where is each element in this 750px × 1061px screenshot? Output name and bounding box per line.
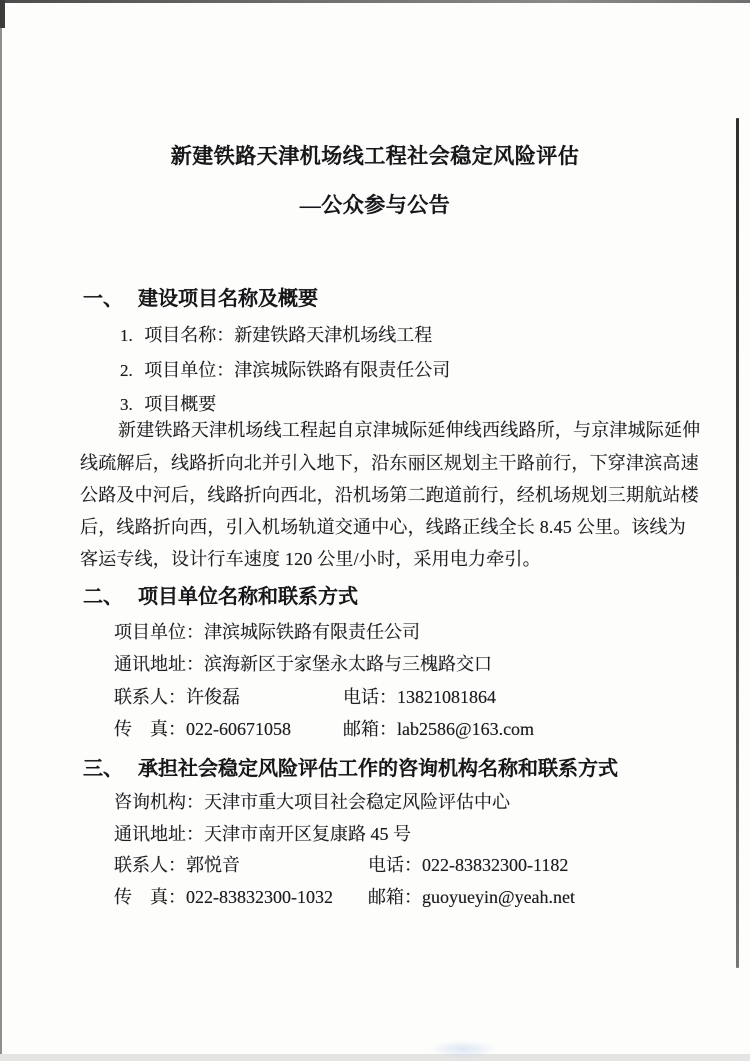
section3-heading: 三、 承担社会稳定风险评估工作的咨询机构名称和联系方式 <box>83 756 723 782</box>
row-left: 通讯地址：滨海新区于家堡永太路与三槐路交口 <box>114 654 492 674</box>
row-left: 咨询机构：天津市重大项目社会稳定风险评估中心 <box>114 792 510 812</box>
row-left: 联系人：许俊磊 <box>114 687 240 707</box>
section3-heading-text: 承担社会稳定风险评估工作的咨询机构名称和联系方式 <box>138 756 618 782</box>
summary-paragraph-line: 线疏解后，线路折向北并引入地下，沿东丽区规划主干路前行，下穿津滨高速 <box>80 450 698 476</box>
section2-row-contact-phone: 联系人：许俊磊 电话：13821081864 <box>114 684 714 710</box>
item-number: 1. <box>120 323 133 349</box>
section2-row-address: 通讯地址：滨海新区于家堡永太路与三槐路交口 <box>114 651 714 677</box>
section2-heading-text: 项目单位名称和联系方式 <box>138 584 358 610</box>
scan-smudge <box>428 1040 498 1058</box>
item-text: 项目单位：津滨城际铁路有限责任公司 <box>144 357 450 383</box>
scan-edge-top <box>0 0 750 3</box>
section2-heading: 二、 项目单位名称和联系方式 <box>83 584 723 610</box>
section1-item-project-name: 1. 项目名称：新建铁路天津机场线工程 <box>120 322 700 349</box>
section3-row-contact-phone: 联系人：郭悦音 电话：022-83832300-1182 <box>114 852 714 878</box>
summary-paragraph-line: 公路及中河后，线路折向西北，沿机场第二跑道前行，经机场规划三期航站楼 <box>80 482 698 508</box>
item-text: 项目概要 <box>144 391 216 417</box>
section1-number: 一、 <box>83 286 123 312</box>
section1-heading: 一、 建设项目名称及概要 <box>83 286 723 312</box>
row-left: 通讯地址：天津市南开区复康路 45 号 <box>114 824 411 844</box>
item-number: 3. <box>120 392 133 418</box>
row-right: 电话：022-83832300-1182 <box>368 852 568 878</box>
section2-row-unit: 项目单位：津滨城际铁路有限责任公司 <box>114 619 714 645</box>
section1-heading-text: 建设项目名称及概要 <box>138 286 318 312</box>
row-left: 项目单位：津滨城际铁路有限责任公司 <box>114 622 420 642</box>
section3-row-address: 通讯地址：天津市南开区复康路 45 号 <box>114 821 714 847</box>
scan-edge-left <box>0 0 2 1061</box>
row-left: 联系人：郭悦音 <box>114 855 240 875</box>
document-title: 新建铁路天津机场线工程社会稳定风险评估 <box>12 142 738 170</box>
summary-paragraph-line: 后，线路折向西，引入机场轨道交通中心，线路正线全长 8.45 公里。该线为 <box>80 514 698 540</box>
section2-number: 二、 <box>83 584 123 610</box>
document-subtitle: —公众参与公告 <box>12 191 738 219</box>
scanned-page: 新建铁路天津机场线工程社会稳定风险评估 —公众参与公告 一、 建设项目名称及概要… <box>0 0 750 1061</box>
summary-paragraph-line: 新建铁路天津机场线工程起自京津城际延伸线西线路所，与京津城际延伸 <box>80 417 736 443</box>
section2-row-fax-email: 传 真：022-60671058 邮箱：lab2586@163.com <box>114 716 714 742</box>
section1-item-project-summary: 3. 项目概要 <box>120 391 700 418</box>
item-number: 2. <box>120 358 133 384</box>
section1-item-project-unit: 2. 项目单位：津滨城际铁路有限责任公司 <box>120 357 700 384</box>
section3-number: 三、 <box>83 756 123 782</box>
scan-edge-bottom <box>0 1054 750 1061</box>
summary-paragraph-line: 客运专线，设计行车速度 120 公里/小时，采用电力牵引。 <box>80 546 698 572</box>
row-left: 传 真：022-83832300-1032 <box>114 887 333 907</box>
scan-edge-right <box>736 118 739 968</box>
scan-corner-mark <box>0 0 5 28</box>
row-right: 电话：13821081864 <box>343 684 496 710</box>
row-right: 邮箱：lab2586@163.com <box>343 716 534 742</box>
row-right: 邮箱：guoyueyin@yeah.net <box>368 884 575 910</box>
row-left: 传 真：022-60671058 <box>114 719 291 739</box>
item-text: 项目名称：新建铁路天津机场线工程 <box>144 322 432 348</box>
section3-row-fax-email: 传 真：022-83832300-1032 邮箱：guoyueyin@yeah.… <box>114 884 714 910</box>
section3-row-agency: 咨询机构：天津市重大项目社会稳定风险评估中心 <box>114 789 714 815</box>
